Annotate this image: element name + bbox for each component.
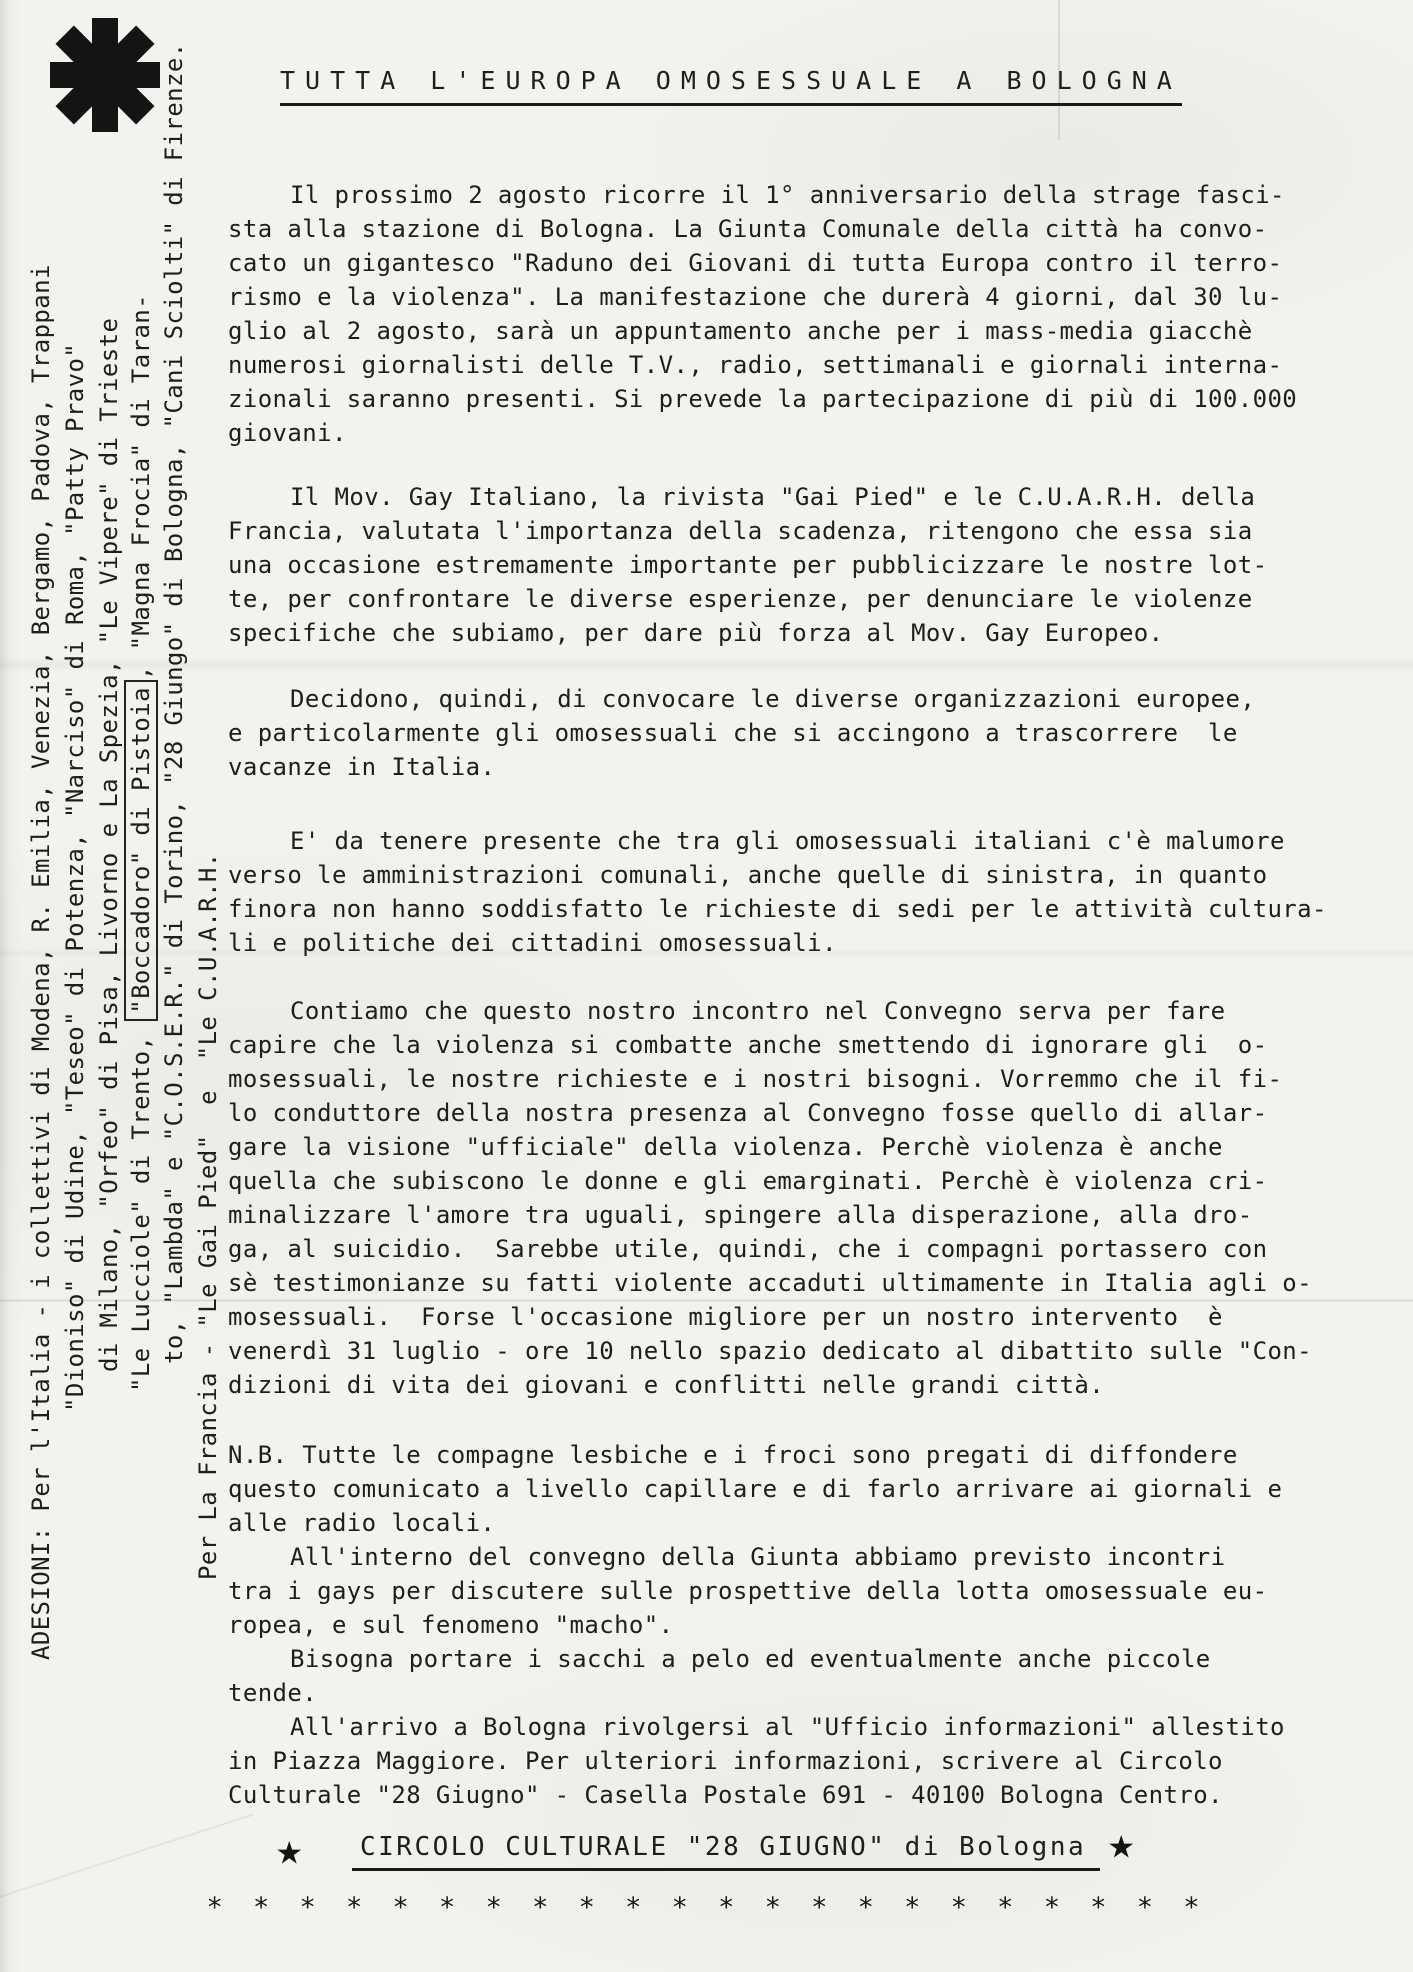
text-line: Francia, valutata l'importanza della sca… — [228, 514, 1338, 548]
document-title: TUTTA L'EUROPA OMOSESSUALE A BOLOGNA — [280, 66, 1182, 106]
text-line: verso le amministrazioni comunali, anche… — [228, 858, 1338, 892]
text-line: Decidono, quindi, di convocare le divers… — [228, 682, 1338, 716]
text-line: Bisogna portare i sacchi a pelo ed event… — [228, 1642, 1338, 1676]
paragraph: Contiamo che questo nostro incontro nel … — [228, 994, 1338, 1402]
asterisk-logo-icon — [50, 14, 160, 136]
text-line: vacanze in Italia. — [228, 750, 1338, 784]
text-line: te, per confrontare le diverse esperienz… — [228, 582, 1338, 616]
text-line: mosessuali. Forse l'occasione migliore p… — [228, 1300, 1338, 1334]
text-line: lo conduttore della nostra presenza al C… — [228, 1096, 1338, 1130]
text-line: in Piazza Maggiore. Per ulteriori inform… — [228, 1744, 1338, 1778]
asterisk-divider-row: * * * * * * * * * * * * * * * * * * * * … — [0, 1892, 1413, 1923]
text-line: All'arrivo a Bologna rivolgersi al "Uffi… — [228, 1710, 1338, 1744]
text-line: alle radio locali. — [228, 1506, 1338, 1540]
paragraph: Il prossimo 2 agosto ricorre il 1° anniv… — [228, 178, 1338, 450]
text-line: quella che subiscono le donne e gli emar… — [228, 1164, 1338, 1198]
adesioni-line-italia: ADESIONI: Per l'Italia - i collettivi di… — [26, 264, 56, 1660]
text-line: glio al 2 agosto, sarà un appuntamento a… — [228, 314, 1338, 348]
text-line: tra i gays per discutere sulle prospetti… — [228, 1574, 1338, 1608]
star-icon: ★ — [276, 1824, 303, 1875]
paragraph: All'interno del convegno della Giunta ab… — [228, 1540, 1338, 1642]
text-line: giovani. — [228, 416, 1338, 450]
text-line: li e politiche dei cittadini omosessuali… — [228, 926, 1338, 960]
paragraph: N.B. Tutte le compagne lesbiche e i froc… — [228, 1438, 1338, 1540]
text-line: Il Mov. Gay Italiano, la rivista "Gai Pi… — [228, 480, 1338, 514]
boccadoro-boxed-text: "Boccadoro" di Pistoia — [124, 680, 158, 1021]
text-line: ga, al suicidio. Sarebbe utile, quindi, … — [228, 1232, 1338, 1266]
text-line: una occasione estremamente importante pe… — [228, 548, 1338, 582]
paragraph: Il Mov. Gay Italiano, la rivista "Gai Pi… — [228, 480, 1338, 650]
text-line: All'interno del convegno della Giunta ab… — [228, 1540, 1338, 1574]
text-line: Contiamo che questo nostro incontro nel … — [228, 994, 1338, 1028]
text-line: numerosi giornalisti delle T.V., radio, … — [228, 348, 1338, 382]
text-line: rismo e la violenza". La manifestazione … — [228, 280, 1338, 314]
text-line: Culturale "28 Giugno" - Casella Postale … — [228, 1778, 1338, 1812]
adesioni-line4-pre: "Le Lucciole" di Trento, — [127, 1021, 155, 1392]
text-line: gare la visione "ufficiale" della violen… — [228, 1130, 1338, 1164]
adesioni-line-groups-5: to, "Lambda" e "C.O.S.E.R." di Torino, "… — [159, 42, 189, 1364]
text-line: zionali saranno presenti. Si prevede la … — [228, 382, 1338, 416]
text-line: specifiche che subiamo, per dare più for… — [228, 616, 1338, 650]
adesioni-line-groups-2: "Dioniso" di Udine, "Teseo" di Potenza, … — [60, 343, 90, 1412]
text-line: questo comunicato a livello capillare e … — [228, 1472, 1338, 1506]
text-line: venerdì 31 luglio - ore 10 nello spazio … — [228, 1334, 1338, 1368]
text-line: cato un gigantesco "Raduno dei Giovani d… — [228, 246, 1338, 280]
text-line: minalizzare l'amore tra uguali, spingere… — [228, 1198, 1338, 1232]
text-line: mosessuali, le nostre richieste e i nost… — [228, 1062, 1338, 1096]
paragraph: E' da tenere presente che tra gli omoses… — [228, 824, 1338, 960]
adesioni-line-francia: Per La Francia - "Le Gai Pied" e "Le C.U… — [193, 852, 223, 1580]
text-line: N.B. Tutte le compagne lesbiche e i froc… — [228, 1438, 1338, 1472]
text-line: E' da tenere presente che tra gli omoses… — [228, 824, 1338, 858]
text-line: capire che la violenza si combatte anche… — [228, 1028, 1338, 1062]
text-line: dizioni di vita dei giovani e conflitti … — [228, 1368, 1338, 1402]
paragraph: All'arrivo a Bologna rivolgersi al "Uffi… — [228, 1710, 1338, 1812]
adesioni-line-groups-3: di Milano, "Orfeo" di Pisa, Livorno e La… — [94, 318, 124, 1372]
scanned-flyer-page: TUTTA L'EUROPA OMOSESSUALE A BOLOGNA ADE… — [0, 0, 1413, 1972]
paragraph: Decidono, quindi, di convocare le divers… — [228, 682, 1338, 784]
text-line: finora non hanno soddisfatto le richiest… — [228, 892, 1338, 926]
star-icon: ★ — [1108, 1818, 1135, 1869]
footer-title: CIRCOLO CULTURALE "28 GIUGNO" di Bologna — [352, 1832, 1100, 1871]
body-text: Il prossimo 2 agosto ricorre il 1° anniv… — [228, 178, 1338, 1812]
text-line: sta alla stazione di Bologna. La Giunta … — [228, 212, 1338, 246]
text-line: e particolarmente gli omosessuali che si… — [228, 716, 1338, 750]
paragraph: Bisogna portare i sacchi a pelo ed event… — [228, 1642, 1338, 1710]
text-line: tende. — [228, 1676, 1338, 1710]
adesioni-line-groups-4: "Le Lucciole" di Trento, "Boccadoro" di … — [126, 294, 156, 1392]
text-line: sè testimonianze su fatti violente accad… — [228, 1266, 1338, 1300]
adesioni-line4-post: , "Magna Frocia" di Taran- — [127, 294, 155, 680]
text-line: ropea, e sul fenomeno "macho". — [228, 1608, 1338, 1642]
text-line: Il prossimo 2 agosto ricorre il 1° anniv… — [228, 178, 1338, 212]
